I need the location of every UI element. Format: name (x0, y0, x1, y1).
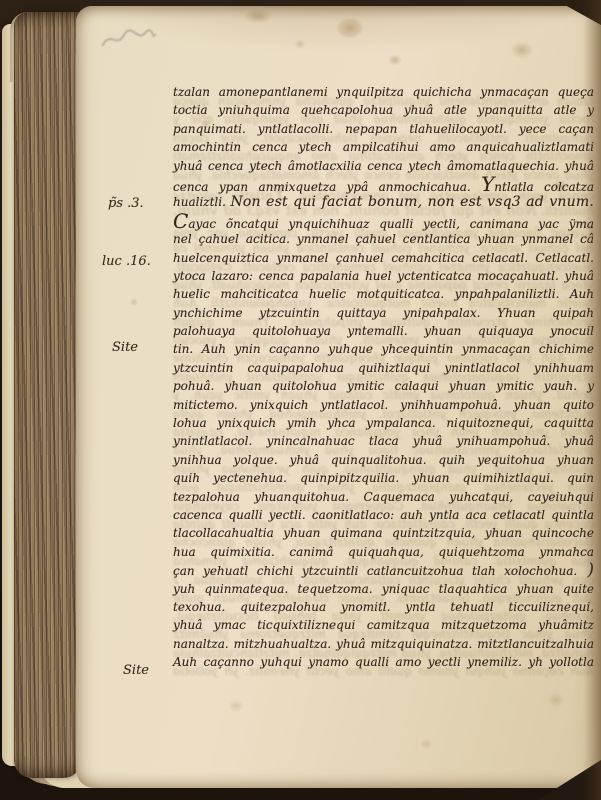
faint-pencil-smudge (98, 26, 158, 54)
manuscript-line: yhuâ ymac ticquixtiliznequi camitzqua mi… (173, 616, 594, 634)
manuscript-line: ynintlatlacol. ynincalnahuac tlaca yhuâ … (173, 432, 594, 450)
manuscript-line: huelcenquiztica ynmanel çanhuel cemahcit… (173, 249, 594, 267)
margin-note-site-lower: Site (123, 663, 149, 678)
manuscript-line: tlacollacahualtia yhuan quimana quintzit… (173, 524, 594, 542)
manuscript-line: Auh caçanno yuhqui ynamo qualli amo yect… (173, 653, 594, 671)
manuscript-line: pohuâ. yhuan quitolohua ymitic calaqui y… (173, 377, 594, 395)
manuscript-line: texohua. quitezpalohua ynomitl. yntla te… (173, 598, 594, 616)
manuscript-line: ynchichime ytzcuintin quittaya ynipahpal… (173, 304, 594, 322)
manuscript-line: panquimati. yntlatlacolli. nepapan tlahu… (173, 120, 594, 138)
manuscript-line: palohuaya quitolohuaya yntemalli. yhuan … (173, 322, 594, 340)
manuscript-photo: tzalan amonepantlanemi ynquilpitza quich… (0, 0, 601, 800)
manuscript-line: yhuâ cenca ytech âmotlacxilia cenca ytec… (173, 157, 594, 175)
manuscript-line: nanaltza. mitzhuahualtza. yhuâ mitzquiqu… (173, 635, 594, 653)
manuscript-line: cenca ypan anmixquetza ypâ anmochicahua.… (173, 175, 594, 193)
manuscript-line: hua quimixitia. canimâ quiquahqua, quiqu… (173, 543, 594, 561)
margin-note-site-upper: Site (112, 340, 138, 355)
manuscript-line: çan yehuatl chichi ytzcuintli catlancuit… (173, 561, 594, 579)
manuscript-line: cacenca qualli yectli. caonitlatlaco: au… (173, 506, 594, 524)
manuscript-line: mitictemo. ynixquich yntlatlacol. ynihhu… (173, 396, 594, 414)
manuscript-line: toctia yniuhquima quehcapolohua yhuâ atl… (173, 101, 594, 119)
manuscript-line: Cayac õncatqui ynquichihuaz qualli yectl… (173, 212, 594, 230)
manuscript-line: tzalan amonepantlanemi ynquilpitza quich… (173, 83, 594, 101)
manuscript-line: tezpalohua yhuanquitohua. Caquemaca yuhc… (173, 488, 594, 506)
manuscript-line: ytzcuintin caquipapalohua quihiztlaqui y… (173, 359, 594, 377)
manuscript-page: tzalan amonepantlanemi ynquilpitza quich… (76, 6, 601, 788)
manuscript-text-block: tzalan amonepantlanemi ynquilpitza quich… (173, 83, 594, 672)
manuscript-line: huelic mahciticatca huelic motquiticatca… (173, 285, 594, 303)
manuscript-line: yuh quinmatequa. tequetzoma. yniquac tla… (173, 580, 594, 598)
manuscript-line: ytoca lazaro: cenca papalania huel ycten… (173, 267, 594, 285)
manuscript-line: ynihhua yolque. yhuâ quinqualitohua. qui… (173, 451, 594, 469)
manuscript-line: quih yectenehua. quinpipitzquilia. yhuan… (173, 469, 594, 487)
margin-note-luke: luc .16. (102, 254, 151, 269)
book-fore-edge (14, 12, 80, 778)
manuscript-line: amochintin cenca ytech ampilcatihui amo … (173, 138, 594, 156)
manuscript-line: lohua ynixquich ymih yhca ympalanca. niq… (173, 414, 594, 432)
manuscript-line: hualiztli. Non est qui faciat bonum, non… (173, 193, 594, 211)
manuscript-line: tin. Auh ynin caçanno yuhque yhcequintin… (173, 340, 594, 358)
margin-note-psalm: p̃s .3. (108, 196, 144, 211)
manuscript-line: nel çahuel acitica. ynmanel çahuel centl… (173, 230, 594, 248)
